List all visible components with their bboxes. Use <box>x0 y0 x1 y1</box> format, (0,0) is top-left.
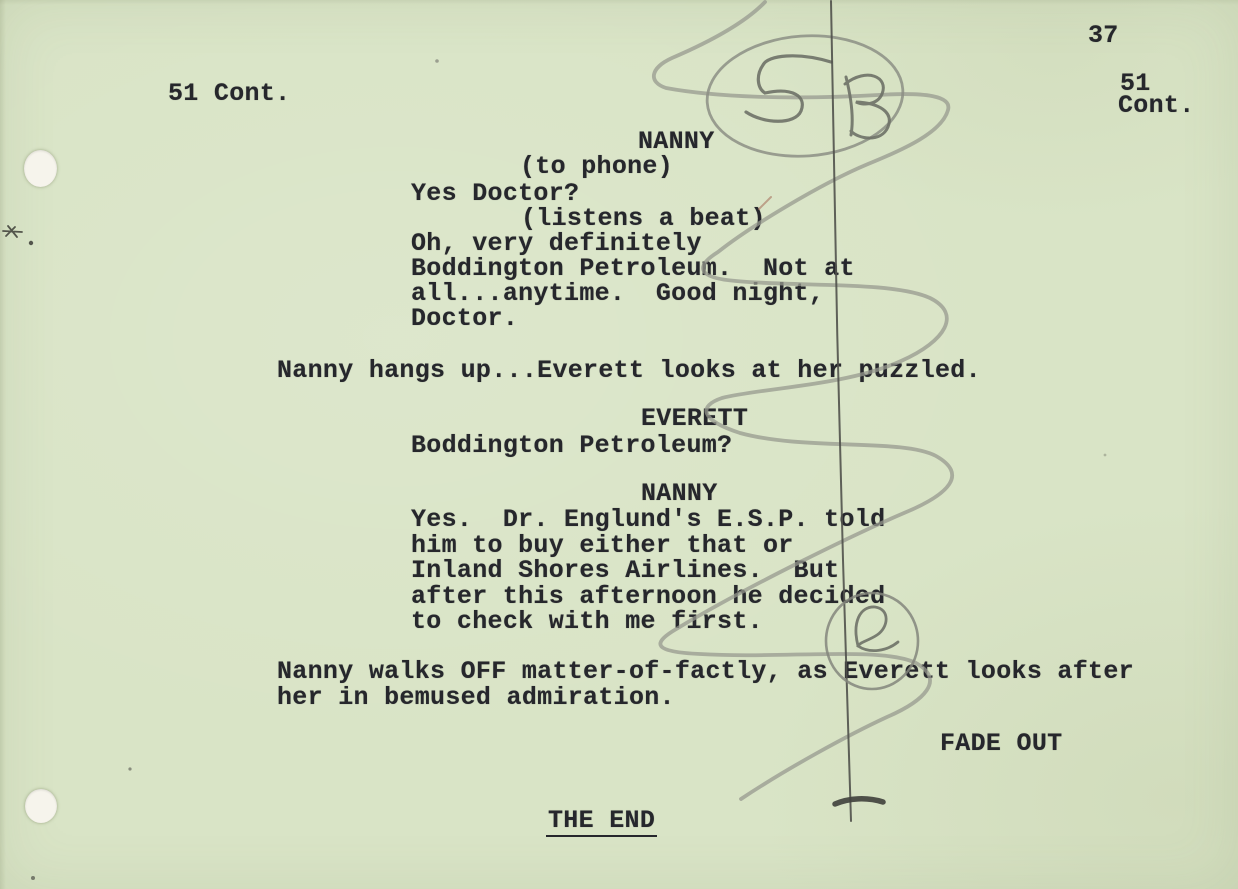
edge-fleck <box>3 226 33 245</box>
paper-speck <box>31 876 35 880</box>
dialogue-line: Yes. Dr. Englund's E.S.P. told <box>411 507 885 532</box>
scene-continued-right: Cont. <box>1118 93 1195 118</box>
dialogue-line: Boddington Petroleum. Not at <box>411 256 855 281</box>
dialogue-line: Boddington Petroleum? <box>411 433 732 458</box>
character-name: NANNY <box>641 481 718 506</box>
handwritten-b <box>845 75 889 138</box>
screenplay-page: 51 Cont. 37 51 Cont. NANNY (to phone) Ye… <box>0 0 1238 889</box>
paper-speck <box>1104 454 1107 457</box>
transition-fade-out: FADE OUT <box>940 731 1062 756</box>
dialogue-line: Yes Doctor? <box>411 181 579 206</box>
action-line: her in bemused admiration. <box>277 685 675 710</box>
character-name: EVERETT <box>641 406 748 431</box>
pencil-vertical-line <box>831 1 851 821</box>
scene-number-left: 51 Cont. <box>168 81 290 106</box>
punch-hole-bottom <box>25 789 57 823</box>
pencil-circle-initials <box>703 29 907 162</box>
punch-hole-top <box>24 150 57 187</box>
dialogue-line: to check with me first. <box>411 609 763 634</box>
character-name: NANNY <box>638 129 715 154</box>
the-end: THE END <box>546 808 657 837</box>
dialogue-line: all...anytime. Good night, <box>411 281 824 306</box>
action-line: Nanny walks OFF matter-of-factly, as Eve… <box>277 659 1134 684</box>
dialogue-line: after this afternoon he decided <box>411 584 885 609</box>
dialogue-line: him to buy either that or <box>411 533 794 558</box>
page-number: 37 <box>1088 23 1119 48</box>
paper-speck <box>128 767 131 770</box>
action-line: Nanny hangs up...Everett looks at her pu… <box>277 358 981 383</box>
paper-speck <box>435 59 439 63</box>
handwritten-e <box>856 607 898 651</box>
dialogue-line: Inland Shores Airlines. But <box>411 558 839 583</box>
parenthetical: (to phone) <box>520 154 673 179</box>
dialogue-line: Doctor. <box>411 306 518 331</box>
handwritten-s <box>746 56 831 121</box>
pencil-bottom-tick <box>835 799 883 804</box>
parenthetical: (listens a beat) <box>521 206 766 231</box>
dialogue-line: Oh, very definitely <box>411 231 702 256</box>
